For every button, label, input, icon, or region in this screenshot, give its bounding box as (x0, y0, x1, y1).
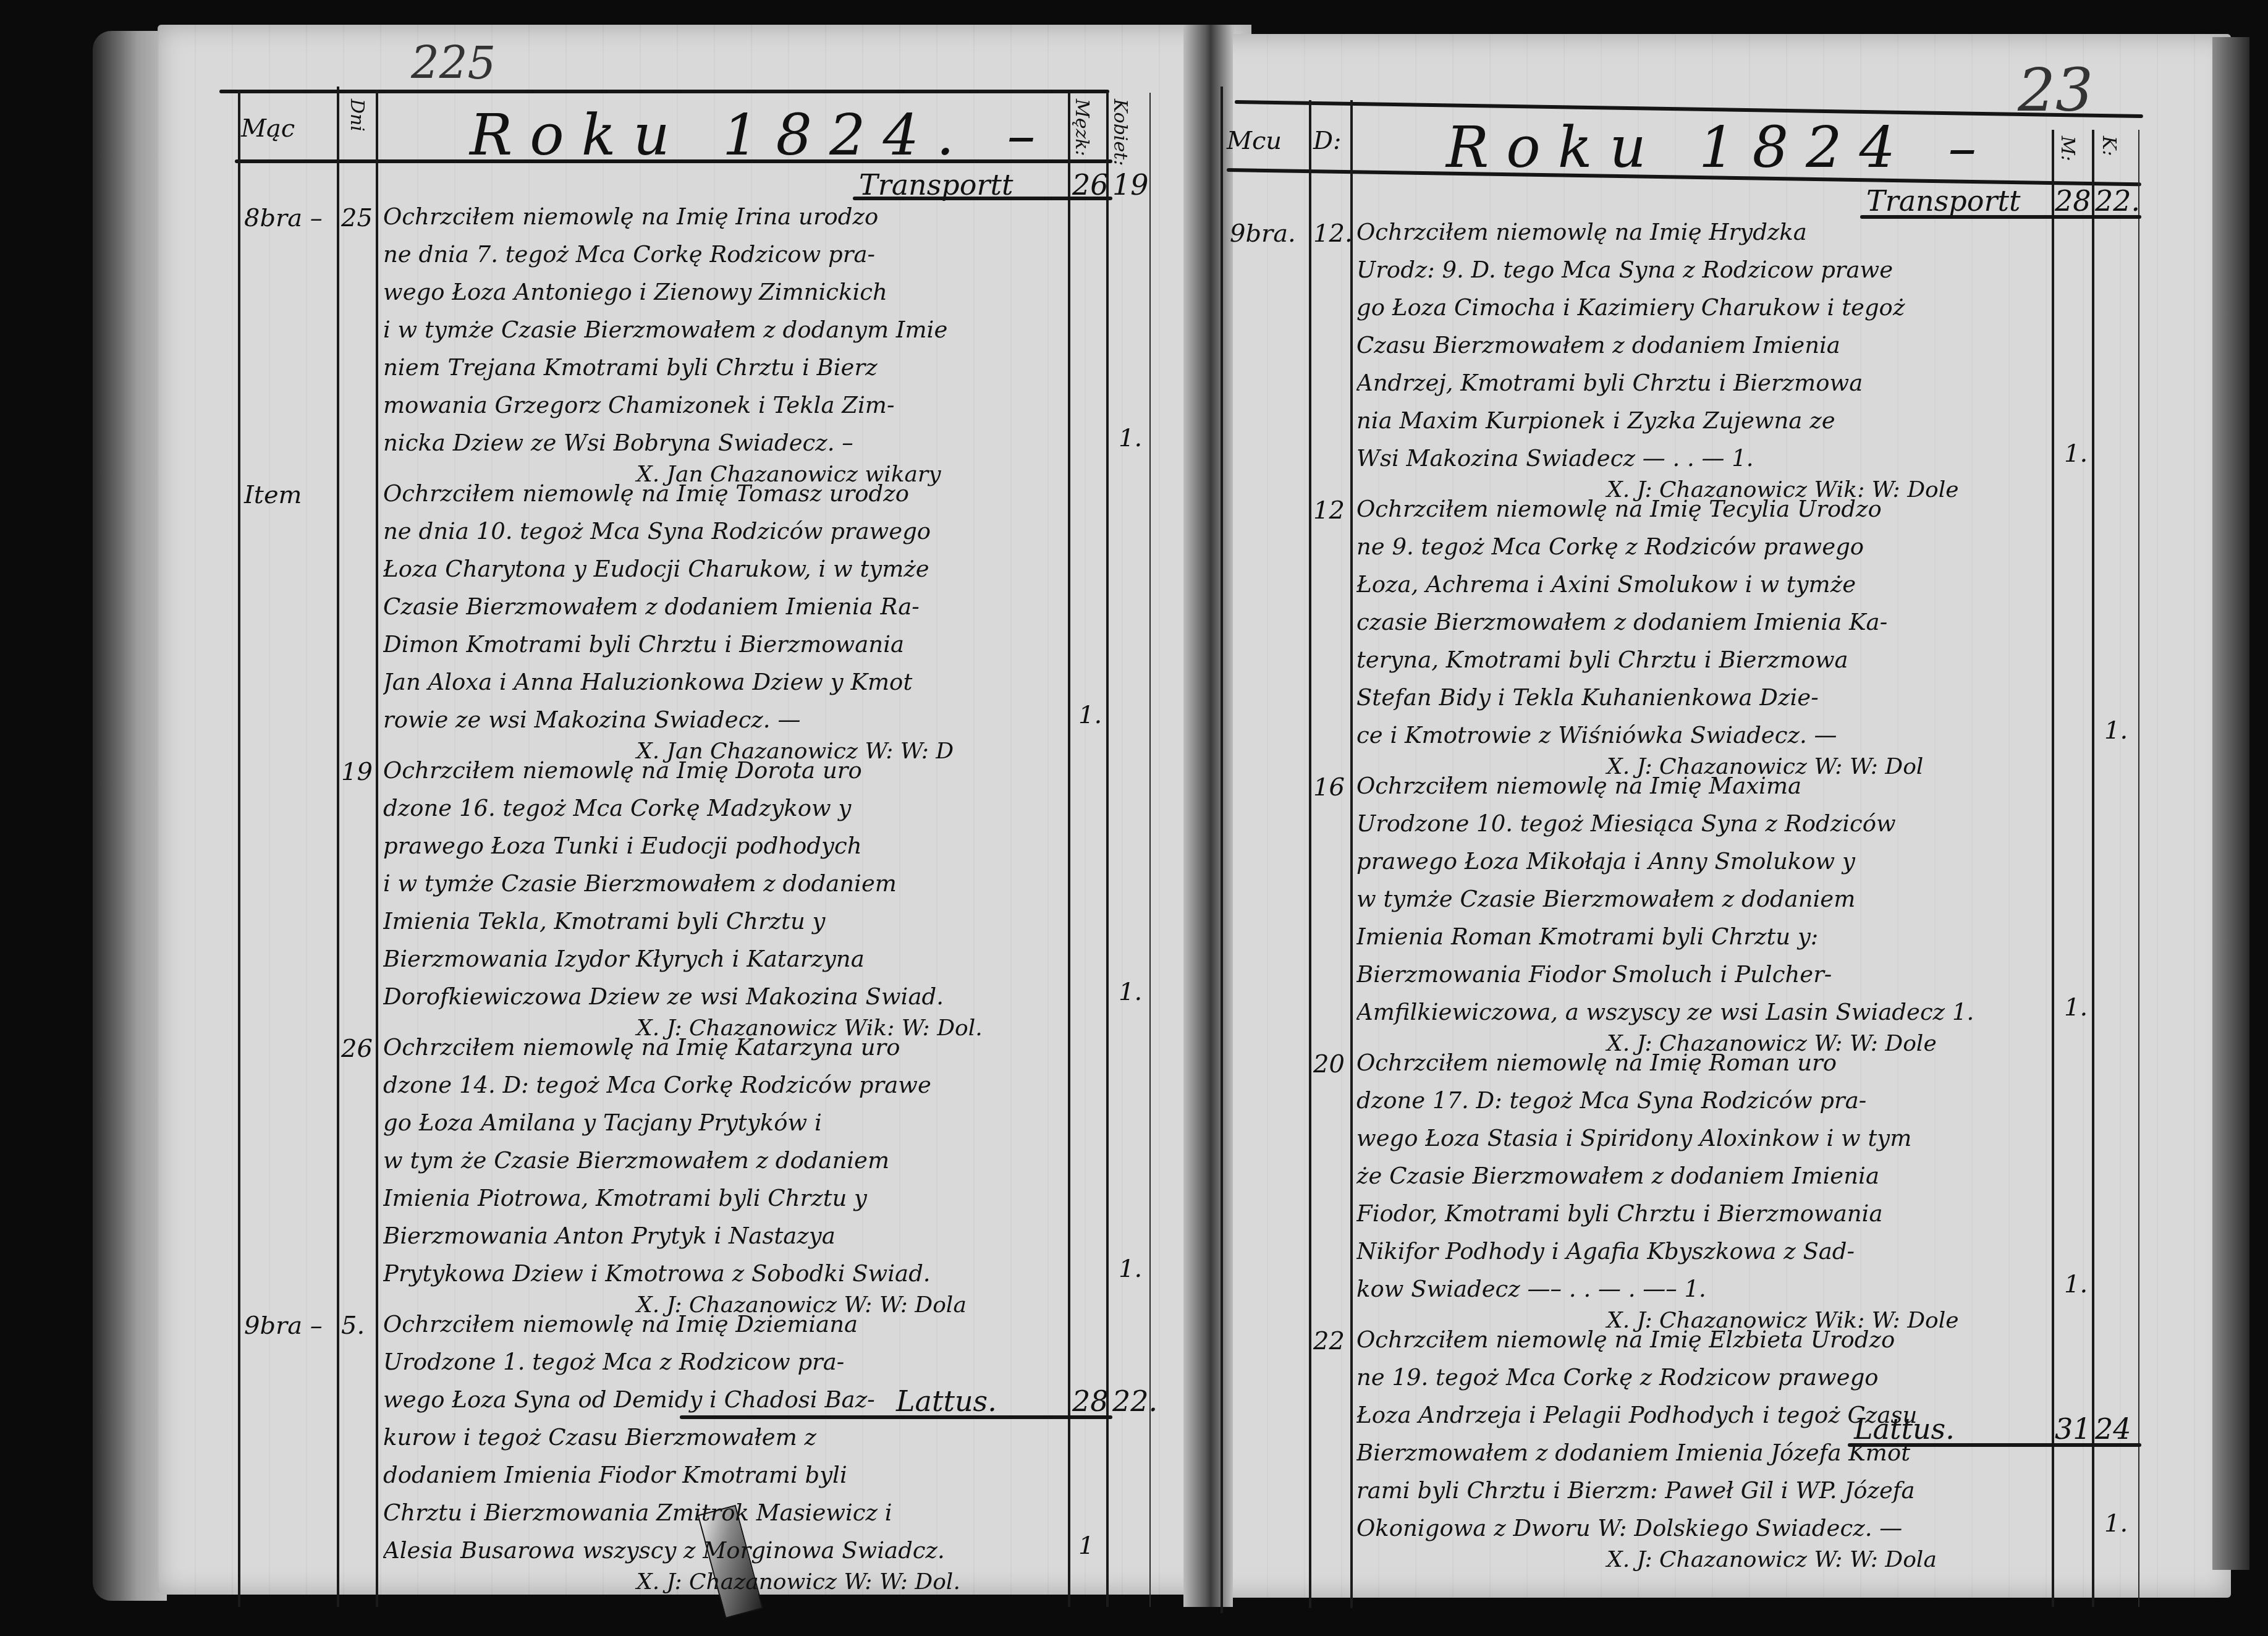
entry-line: dzone 14. D: tegoż Mca Corkę Rodziców pr… (383, 1066, 1063, 1104)
entry-line: Ochrzciłem niemowlę na Imię Katarzyna ur… (383, 1028, 1063, 1066)
entry-line: ne dnia 10. tegoż Mca Syna Rodziców praw… (383, 512, 1063, 550)
total-label: Lattus. (1854, 1412, 1955, 1446)
col-male-header: Męzk: (1071, 99, 1093, 156)
entry-line: dzone 17. D: tegoż Mca Syna Rodziców pra… (1356, 1082, 2046, 1119)
entry-female-count: 1. (1119, 978, 1142, 1006)
entry-text: Ochrzciłem niemowlę na Imię Irina urodzo… (383, 198, 1063, 462)
entry-line: ce i Kmotrowie z Wiśniówka Swiadecz. — (1356, 716, 2046, 754)
entry-line: prawego Łoza Tunki i Eudocji podhodych (383, 827, 1063, 865)
page-title: Roku 1824. – (470, 102, 1053, 168)
entry-line: Nikifor Podhody i Agafia Kbyszkowa z Sad… (1356, 1232, 2046, 1270)
body-male-rule (1068, 93, 1070, 1607)
total-female: 22. (1112, 1384, 1157, 1418)
entry-month: 8bra – (244, 204, 323, 232)
entry-text: Ochrzciłem niemowlę na Imię Tecylia Urod… (1356, 490, 2046, 754)
col-month-header: Mcu (1227, 127, 1282, 155)
entry-line: Andrzej, Kmotrami byli Chrztu i Bierzmow… (1356, 364, 2046, 402)
entry-line: Ochrzciłem niemowlę na Imię Tomasz urodz… (383, 475, 1063, 512)
entry-text: Ochrzciłem niemowlę na Imię Tomasz urodz… (383, 475, 1063, 739)
total-label: Lattus. (896, 1384, 997, 1418)
entry-line: dzone 16. tegoż Mca Corkę Madzykow y (383, 789, 1063, 827)
entry-line: w tymże Czasie Bierzmowałem z dodaniem (1356, 880, 2046, 918)
entry-line: Dorofkiewiczowa Dziew ze wsi Makozina Sw… (383, 978, 1063, 1015)
col-day-header: Dni (346, 99, 368, 132)
entry-signature: X. J: Chazanowicz W: W: Dol. (637, 1569, 960, 1595)
entry-line: nia Maxim Kurpionek i Zyzka Zujewna ze (1356, 402, 2046, 439)
entry-line: Ochrzciłem niemowlę na Imię Dziemiana (383, 1305, 1063, 1343)
book-edge-right (2212, 37, 2249, 1570)
entry-day: 5. (341, 1312, 365, 1340)
entry-day: 22 (1313, 1327, 1345, 1355)
entry-line: Ochrzciłem niemowlę na Imię Roman uro (1356, 1044, 2046, 1082)
entry-female-count: 1. (1119, 1255, 1142, 1283)
entry-line: i w tymże Czasie Bierzmowałem z dodanym … (383, 311, 1063, 349)
entry-male-count: 1. (2064, 1270, 2088, 1299)
entry-line: Czasu Bierzmowałem z dodaniem Imienia (1356, 326, 2046, 364)
book-edge-left (93, 31, 167, 1601)
entry-line: wego Łoza Stasia i Spiridony Aloxinkow i… (1356, 1119, 2046, 1157)
entry-month: 9bra – (244, 1312, 323, 1340)
month-day-rule (337, 87, 339, 1607)
entry-day: 19 (341, 758, 373, 786)
entry-text: Ochrzciłem niemowlę na Imię HrydzkaUrodz… (1356, 213, 2046, 477)
entry-line: Prytykowa Dziew i Kmotrowa z Sobodki Swi… (383, 1255, 1063, 1292)
entry-day: 26 (341, 1035, 373, 1063)
entry-line: Czasie Bierzmowałem z dodaniem Imienia R… (383, 588, 1063, 625)
male-female-rule (2092, 130, 2094, 1607)
left-margin-rule (238, 90, 240, 1607)
entry-text: Ochrzciłem niemowlę na Imię DziemianaUro… (383, 1305, 1063, 1569)
entry-line: Łoza Charytona y Eudocji Charukow, i w t… (383, 550, 1063, 588)
day-body-rule (376, 90, 378, 1607)
entry-day: 16 (1313, 773, 1345, 802)
left-margin-rule (1221, 87, 1223, 1613)
entry-line: Urodzone 10. tegoż Miesiąca Syna z Rodzi… (1356, 805, 2046, 842)
entry-line: dodaniem Imienia Fiodor Kmotrami byli (383, 1456, 1063, 1494)
col-day-header: D: (1313, 127, 1342, 155)
entry-line: nicka Dziew ze Wsi Bobryna Swiadecz. – (383, 424, 1063, 462)
entry-line: Imienia Roman Kmotrami byli Chrztu y: (1356, 918, 2046, 956)
entry-male-count: 1. (2064, 993, 2088, 1022)
entry-day: 25 (341, 204, 373, 232)
entry-line: rami byli Chrztu i Bierzm: Paweł Gil i W… (1356, 1472, 2046, 1509)
entry-male-count: 1 (1078, 1532, 1094, 1560)
entry-line: Urodzone 1. tegoż Mca z Rodzicow pra- (383, 1343, 1063, 1381)
entry-signature: X. J: Chazanowicz W: W: Dola (1607, 1547, 1937, 1572)
entry-female-count: 1. (2104, 1509, 2128, 1538)
body-male-rule (2052, 130, 2054, 1607)
entry-month: Item (244, 481, 302, 509)
entry-text: Ochrzciłem niemowlę na Imię Roman urodzo… (1356, 1044, 2046, 1308)
entry-line: Ochrzciłem niemowlę na Imię Irina urodzo (383, 198, 1063, 235)
entry-line: teryna, Kmotrami byli Chrztu i Bierzmowa (1356, 641, 2046, 679)
entry-line: go Łoza Cimocha i Kazimiery Charukow i t… (1356, 289, 2046, 326)
total-rule (680, 1415, 1112, 1419)
entry-day: 20 (1313, 1050, 1345, 1079)
entry-line: Jan Aloxa i Anna Haluzionkowa Dziew y Km… (383, 663, 1063, 701)
entry-line: prawego Łoza Mikołaja i Anny Smolukow y (1356, 842, 2046, 880)
entry-line: wego Łoza Antoniego i Zienowy Zimnickich (383, 273, 1063, 311)
entry-line: rowie ze wsi Makozina Swiadecz. — (383, 701, 1063, 739)
page-number-left: 225 (411, 37, 496, 89)
entry-line: Amfilkiewiczowa, a wszyscy ze wsi Lasin … (1356, 993, 2046, 1031)
entry-text: Ochrzciłem niemowlę na Imię Katarzyna ur… (383, 1028, 1063, 1292)
entry-line: go Łoza Amilana y Tacjany Prytyków i (383, 1104, 1063, 1142)
transport-label: Transportt (1866, 184, 2020, 218)
entry-line: Ochrzciłem niemowlę na Imię Elzbieta Uro… (1356, 1321, 2046, 1358)
entry-month: 9bra. (1230, 219, 1296, 248)
entry-line: Ochrzciłem niemowlę na Imię Hrydzka (1356, 213, 2046, 251)
entry-line: Fiodor, Kmotrami byli Chrztu i Bierzmowa… (1356, 1195, 2046, 1232)
entry-line: że Czasie Bierzmowałem z dodaniem Imieni… (1356, 1157, 2046, 1195)
entry-day: 12 (1313, 496, 1345, 525)
transport-female: 19 (1112, 168, 1149, 201)
entry-day: 12. (1313, 219, 1353, 248)
entry-line: Okonigowa z Dworu W: Dolskiego Swiadecz.… (1356, 1509, 2046, 1547)
male-female-rule (1106, 93, 1109, 1607)
entry-female-count: 1. (1119, 424, 1142, 452)
entry-line: czasie Bierzmowałem z dodaniem Imienia K… (1356, 603, 2046, 641)
col-month-header: Mąc (241, 114, 295, 143)
entry-female-count: 1. (2104, 716, 2128, 745)
entry-male-count: 1. (1078, 701, 1102, 729)
entry-line: Imienia Piotrowa, Kmotrami byli Chrztu y (383, 1179, 1063, 1217)
transport-female: 22. (2095, 184, 2140, 218)
entry-line: Łoza, Achrema i Axini Smolukow i w tymże (1356, 566, 2046, 603)
entry-line: i w tymże Czasie Bierzmowałem z dodaniem (383, 865, 1063, 902)
entry-line: ne 9. tegoż Mca Corkę z Rodziców prawego (1356, 528, 2046, 566)
month-day-rule (1309, 100, 1311, 1608)
page-title: Roku 1824 – (1446, 114, 1994, 180)
entry-male-count: 1. (2064, 439, 2088, 468)
entry-line: Urodz: 9. D. tego Mca Syna z Rodzicow pr… (1356, 251, 2046, 289)
entry-line: Bierzmowania Izydor Kłyrych i Katarzyna (383, 940, 1063, 978)
entry-line: niem Trejana Kmotrami byli Chrztu i Bier… (383, 349, 1063, 386)
col-female-header: K: (2098, 136, 2120, 156)
entry-line: Bierzmowania Fiodor Smoluch i Pulcher- (1356, 956, 2046, 993)
entry-line: Chrztu i Bierzmowania Zmitrok Masiewicz … (383, 1494, 1063, 1532)
entry-line: mowania Grzegorz Chamizonek i Tekla Zim- (383, 386, 1063, 424)
entry-text: Ochrzciłem niemowlę na Imię Dorota urodz… (383, 752, 1063, 1015)
entry-line: Dimon Kmotrami byli Chrztu i Bierzmowani… (383, 625, 1063, 663)
entry-line: ne 19. tegoż Mca Corkę z Rodzicow praweg… (1356, 1358, 2046, 1396)
right-margin-rule (1149, 93, 1151, 1607)
entry-line: Stefan Bidy i Tekla Kuhanienkowa Dzie- (1356, 679, 2046, 716)
entry-line: Ochrzciłem niemowlę na Imię Dorota uro (383, 752, 1063, 789)
entry-line: ne dnia 7. tegoż Mca Corkę Rodzicow pra- (383, 235, 1063, 273)
entry-line: kurow i tegoż Czasu Bierzmowałem z (383, 1418, 1063, 1456)
entry-line: Bierzmowania Anton Prytyk i Nastazya (383, 1217, 1063, 1255)
total-male: 28 (1072, 1384, 1109, 1418)
total-female: 24 (2095, 1412, 2131, 1446)
entry-text: Ochrzciłem niemowlę na Imię MaximaUrodzo… (1356, 767, 2046, 1031)
entry-line: Imienia Tekla, Kmotrami byli Chrztu y (383, 902, 1063, 940)
total-rule (1848, 1443, 2141, 1447)
book-gutter (1183, 25, 1233, 1607)
transport-male: 28 (2055, 184, 2091, 218)
entry-line: Ochrzciłem niemowlę na Imię Maxima (1356, 767, 2046, 805)
entry-line: Ochrzciłem niemowlę na Imię Tecylia Urod… (1356, 490, 2046, 528)
entry-line: Wsi Makozina Swiadecz — . . — 1. (1356, 439, 2046, 477)
entry-line: kow Swiadecz —– . . — . —– 1. (1356, 1270, 2046, 1308)
header-top-rule (219, 90, 1109, 93)
entry-line: w tym że Czasie Bierzmowałem z dodaniem (383, 1142, 1063, 1179)
right-margin-rule (2138, 130, 2139, 1607)
col-female-header: Kobiet: (1109, 99, 1131, 166)
total-male: 31 (2055, 1412, 2091, 1446)
entry-line: Alesia Busarowa wszyscy z Morginowa Swia… (383, 1532, 1063, 1569)
col-male-header: M: (2057, 136, 2078, 161)
day-body-rule (1350, 100, 1353, 1608)
